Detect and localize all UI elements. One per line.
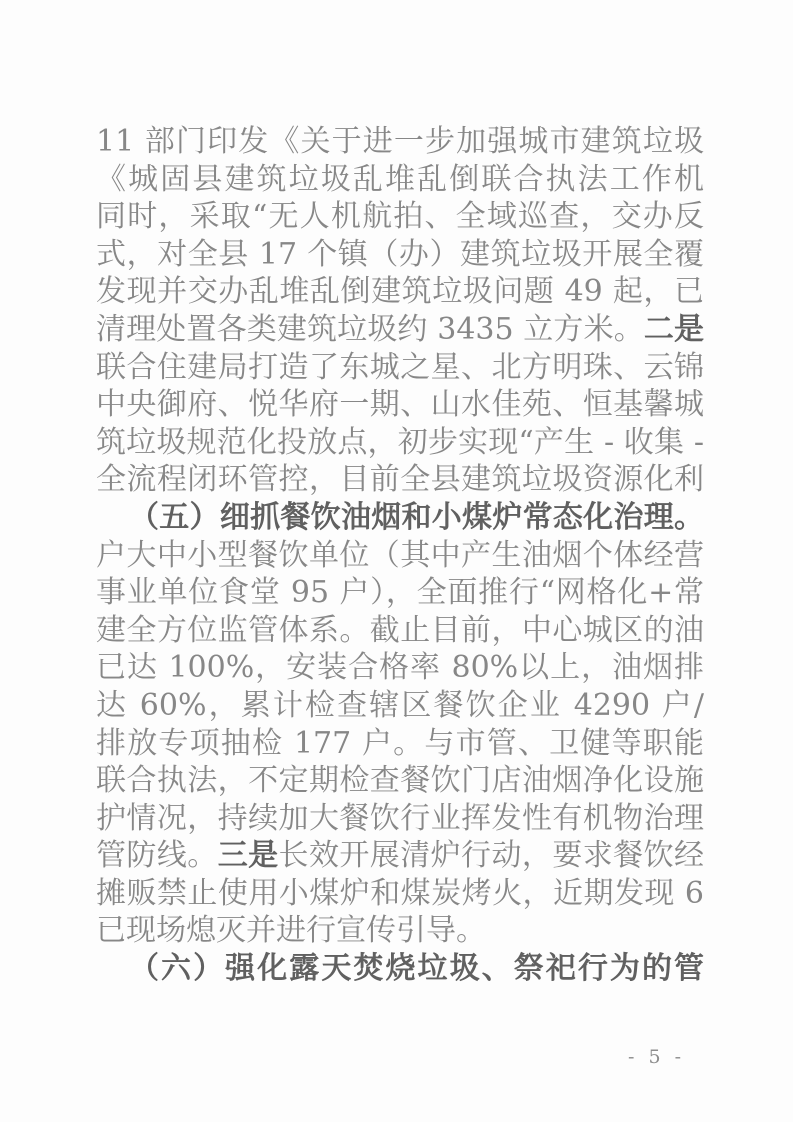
- page-number: - 5 -: [628, 1046, 685, 1068]
- text-line: 管防线。三是长效开展清炉行动，要求餐饮经营户、临街商户、: [96, 837, 704, 875]
- text-segment: 式，对全县 17 个镇（办）建筑垃圾开展全覆盖、无遗漏排查，: [96, 237, 704, 274]
- bold-text-segment: （六）强化露天焚烧垃圾、祭祀行为的管控。: [129, 951, 704, 988]
- text-line: 发现并交办乱堆乱倒建筑垃圾问题 49 起，已全部整改完毕，共: [96, 273, 704, 311]
- text-line: 护情况，持续加大餐饮行业挥发性有机物治理工作力度，筑牢监: [96, 800, 704, 838]
- document-page: 11 部门印发《关于进一步加强城市建筑垃圾治理的实施意见》《城固县建筑垃圾乱堆乱…: [0, 0, 793, 1122]
- text-segment: 事业单位食堂 95 户），全面推行“网格化+常态化”监管模式，构: [96, 575, 704, 612]
- text-segment: 建全方位监管体系。截止目前，中心城区的油烟净化设备安装率: [96, 613, 704, 650]
- text-line: 摊贩禁止使用小煤炉和煤炭烤火，近期发现 6 起煤炭烤火行为，: [96, 875, 704, 913]
- text-line: 户大中小型餐饮单位（其中产生油烟个体经营户 177 户、机关企: [96, 537, 704, 575]
- text-line: 式，对全县 17 个镇（办）建筑垃圾开展全覆盖、无遗漏排查，: [96, 236, 704, 274]
- text-segment: 户大中小型餐饮单位（其中产生油烟个体经营户 177 户、机关企: [96, 538, 704, 575]
- text-line: 建全方位监管体系。截止目前，中心城区的油烟净化设备安装率: [96, 612, 704, 650]
- text-line: 清理处置各类建筑垃圾约 3435 立方米。二是完善收集转运机制，: [96, 311, 704, 349]
- text-segment: 发现并交办乱堆乱倒建筑垃圾问题 49 起，已全部整改完毕，共: [96, 274, 704, 311]
- text-line: （五）细抓餐饮油烟和小煤炉常态化治理。一是对城区 272: [96, 499, 704, 537]
- text-line: 已现场熄灭并进行宣传引导。: [96, 912, 704, 950]
- text-line: 联合执法，不定期检查餐饮门店油烟净化设施的安装、使用及维: [96, 762, 704, 800]
- text-segment: 摊贩禁止使用小煤炉和煤炭烤火，近期发现 6 起煤炭烤火行为，: [96, 876, 704, 913]
- text-line: 全流程闭环管控，目前全县建筑垃圾资源化利用率达 33%以上。: [96, 461, 704, 499]
- text-segment: 清理处置各类建筑垃圾约 3435 立方米。: [96, 312, 644, 347]
- text-segment: 已达 100%，安装合格率 80%以上，油烟排放抽检及自检覆盖率: [96, 650, 704, 687]
- bold-text-segment: 三是: [218, 838, 279, 873]
- text-line: 已达 100%，安装合格率 80%以上，油烟排放抽检及自检覆盖率: [96, 649, 704, 687]
- text-line: 达 60%，累计检查辖区餐饮企业 4290 户/次，全年完成餐饮油烟: [96, 687, 704, 725]
- text-line: 排放专项抽检 177 户。与市管、卫健等职能部门衔接配合，开展: [96, 725, 704, 763]
- bold-text-segment: 二是: [644, 312, 704, 347]
- text-segment: 《城固县建筑垃圾乱堆乱倒联合执法工作机制》等规范性文件，: [96, 162, 704, 199]
- text-segment: 管防线。: [96, 838, 218, 873]
- text-line: 联合住建局打造了东城之星、北方明珠、云锦西苑、朗月尚居、: [96, 349, 704, 387]
- text-segment: 排放专项抽检 177 户。与市管、卫健等职能部门衔接配合，开展: [96, 726, 704, 763]
- text-segment: 同时，采取“无人机航拍、全域巡查，交办反馈、销号核查”的方: [96, 199, 704, 236]
- text-line: 中央御府、悦华府一期、山水佳苑、恒基馨城等 8 个物业小区建: [96, 386, 704, 424]
- text-line: （六）强化露天焚烧垃圾、祭祀行为的管控。紧盯寒衣节、: [96, 950, 704, 988]
- bold-text-segment: （五）细抓餐饮油烟和小煤炉常态化治理。: [129, 500, 704, 535]
- text-segment: 联合执法，不定期检查餐饮门店油烟净化设施的安装、使用及维: [96, 763, 704, 800]
- text-segment: 联合住建局打造了东城之星、北方明珠、云锦西苑、朗月尚居、: [96, 350, 704, 387]
- text-line: 《城固县建筑垃圾乱堆乱倒联合执法工作机制》等规范性文件，: [96, 161, 704, 199]
- text-line: 同时，采取“无人机航拍、全域巡查，交办反馈、销号核查”的方: [96, 198, 704, 236]
- text-segment: 已现场熄灭并进行宣传引导。: [96, 913, 486, 948]
- text-segment: 11 部门印发《关于进一步加强城市建筑垃圾治理的实施意见》: [96, 124, 704, 161]
- text-line: 11 部门印发《关于进一步加强城市建筑垃圾治理的实施意见》: [96, 123, 704, 161]
- document-body: 11 部门印发《关于进一步加强城市建筑垃圾治理的实施意见》《城固县建筑垃圾乱堆乱…: [96, 123, 704, 988]
- text-segment: 护情况，持续加大餐饮行业挥发性有机物治理工作力度，筑牢监: [96, 801, 704, 838]
- text-line: 筑垃圾规范化投放点，初步实现“产生 - 收集 - 运输 - 处置”: [96, 424, 704, 462]
- text-line: 事业单位食堂 95 户），全面推行“网格化+常态化”监管模式，构: [96, 574, 704, 612]
- text-segment: 筑垃圾规范化投放点，初步实现“产生 - 收集 - 运输 - 处置”: [96, 425, 704, 462]
- text-segment: 全流程闭环管控，目前全县建筑垃圾资源化利用率达 33%以上。: [96, 462, 704, 499]
- text-segment: 达 60%，累计检查辖区餐饮企业 4290 户/次，全年完成餐饮油烟: [96, 688, 704, 725]
- text-segment: 中央御府、悦华府一期、山水佳苑、恒基馨城等 8 个物业小区建: [96, 387, 704, 424]
